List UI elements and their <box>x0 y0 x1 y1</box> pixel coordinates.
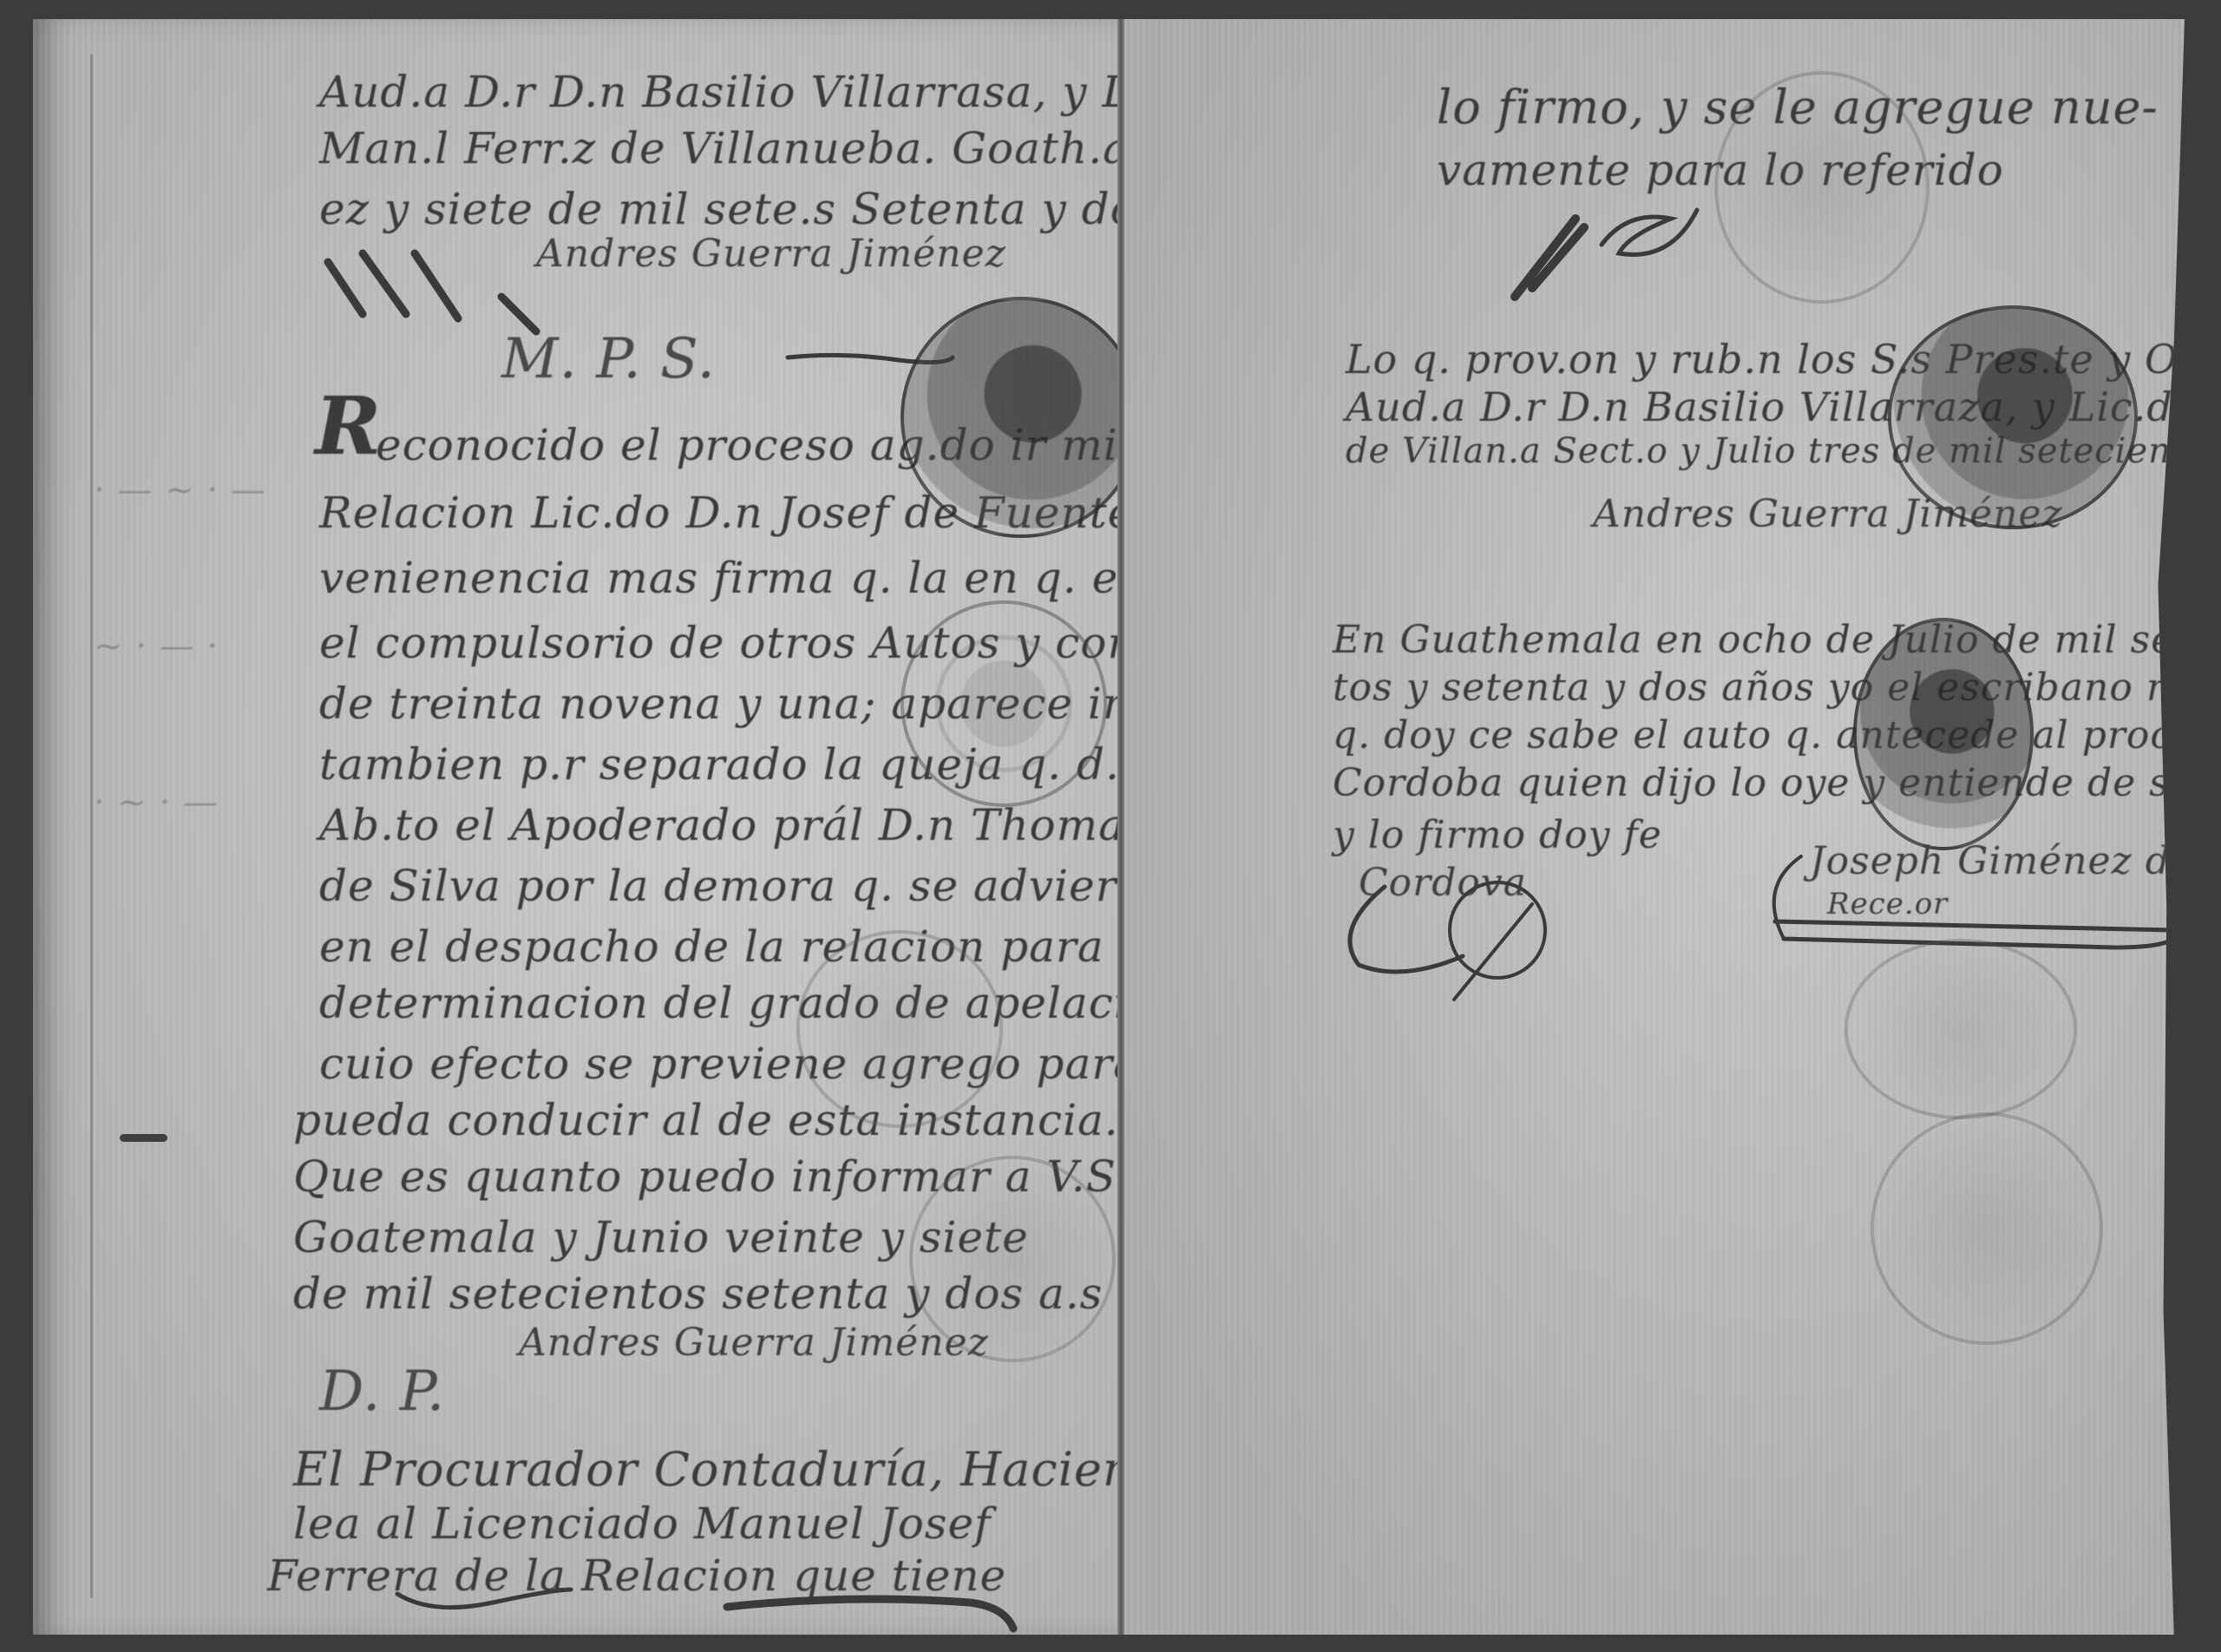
stamp-seal-upper <box>901 297 1126 538</box>
certification-line-4: Cordoba quien dijo lo oye y entiende de … <box>1333 761 2185 805</box>
left-margin-fold <box>90 54 93 1598</box>
header-line-2: Man.l Ferr.z de Villanueba. Goath.a Juni… <box>319 123 1126 174</box>
body-line-12: pueda conducir al de esta instancia. <box>293 1095 1119 1145</box>
certification-line-3: q. doy ce sabe el auto q. antecede al pr… <box>1333 713 2185 757</box>
header-line-3: ez y siete de mil sete.s Setenta y dos = <box>319 184 1126 234</box>
body-line-7: Ab.to el Apoderado prál D.n Thomas <box>319 800 1126 850</box>
closing-flourish-icon <box>397 1581 1022 1633</box>
decree-line-1: El Procurador Contaduría, Hacienda <box>293 1442 1126 1497</box>
stamp-seal-bottom-1 <box>1844 939 2077 1119</box>
certification-line-1: En Guathemala en ocho de Julio de mil se… <box>1333 618 2185 662</box>
bleed-through-text: ~ · — · <box>94 626 219 666</box>
decree-line-2: lea al Licenciado Manuel Josef <box>293 1498 992 1549</box>
stamp-seal-lower <box>796 930 1003 1128</box>
stamp-seal-certification <box>1853 618 2034 850</box>
stamp-seal-notice <box>1888 305 2138 529</box>
body-line-3: venienencia mas firma q. la en q. esta <box>319 553 1126 603</box>
header-line-1: Aud.a D.r D.n Basilio Villarrasa, y Lic.… <box>319 67 1126 117</box>
left-page: · — ~ · — ~ · — · · ~ · — Aud.a D.r D.n … <box>33 19 1126 1635</box>
bleed-through-text: · — ~ · — <box>94 470 266 510</box>
header-signature: Andres Guerra Jiménez <box>536 232 1006 276</box>
margin-ink-mark <box>120 1134 167 1142</box>
certification-line-5: y lo firmo doy fe <box>1333 813 1662 857</box>
stamp-seal-bottom-2 <box>1870 1112 2103 1345</box>
certification-line-2: tos y setenta y dos años yo el escribano… <box>1333 665 2185 710</box>
decree-initials: D. P. <box>319 1360 445 1424</box>
body-signature: Andres Guerra Jiménez <box>519 1321 989 1365</box>
flourish-strokes-icon <box>328 253 554 331</box>
bleed-through-text: · ~ · — <box>94 783 219 823</box>
cordova-flourish-icon <box>1333 878 1558 1008</box>
stamp-seal-bottom <box>909 1156 1116 1362</box>
body-line-8: de Silva por la demora q. se advierta <box>319 861 1126 911</box>
rubric-heading: M. P. S. <box>501 327 716 391</box>
right-page: lo firmo, y se le agregue nue- vamente p… <box>1124 19 2185 1635</box>
body-line-10: determinacion del grado de apelacion <box>319 978 1126 1028</box>
top-rubric-icon <box>1497 184 1723 305</box>
stamp-seal-middle <box>901 600 1107 807</box>
body-line-11: cuio efecto se previene agrego para lo q… <box>319 1039 1126 1089</box>
stamp-seal-top <box>1714 71 1929 304</box>
body-initial: R <box>315 379 382 473</box>
body-line-9: en el despacho de la relacion para la <box>319 921 1126 972</box>
